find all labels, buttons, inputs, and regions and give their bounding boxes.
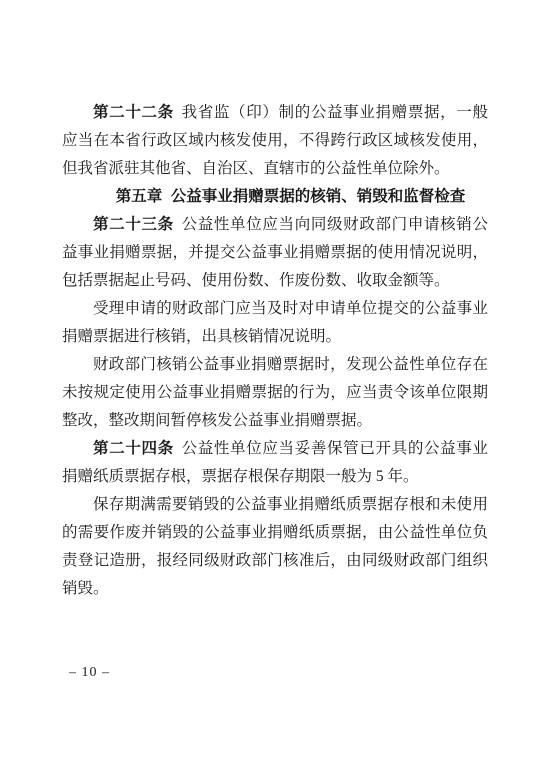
chapter-5-heading: 第五章公益事业捐赠票据的核销、销毁和监督检查 <box>62 183 488 211</box>
chapter-5-title: 公益事业捐赠票据的核销、销毁和监督检查 <box>171 188 466 205</box>
chapter-5-number: 第五章 <box>116 188 163 205</box>
article-23-number: 第二十三条 <box>93 216 174 233</box>
article-23-paragraph-2: 受理申请的财政部门应当及时对申请单位提交的公益事业捐赠票据进行核销，出具核销情况… <box>62 295 488 351</box>
document-page: 第二十二条我省监（印）制的公益事业捐赠票据，一般应当在本省行政区域内核发使用，不… <box>0 0 553 782</box>
article-22-number: 第二十二条 <box>93 104 174 121</box>
page-number: – 10 – <box>69 665 110 681</box>
article-22-paragraph: 第二十二条我省监（印）制的公益事业捐赠票据，一般应当在本省行政区域内核发使用，不… <box>62 99 488 183</box>
article-24-paragraph-2: 保存期满需要销毁的公益事业捐赠纸质票据存根和未使用的需要作废并销毁的公益事业捐赠… <box>62 491 488 603</box>
article-23-paragraph-3: 财政部门核销公益事业捐赠票据时，发现公益性单位存在未按规定使用公益事业捐赠票据的… <box>62 351 488 435</box>
document-body: 第二十二条我省监（印）制的公益事业捐赠票据，一般应当在本省行政区域内核发使用，不… <box>62 99 488 603</box>
article-23-paragraph: 第二十三条公益性单位应当向同级财政部门申请核销公益事业捐赠票据，并提交公益事业捐… <box>62 211 488 295</box>
article-24-number: 第二十四条 <box>93 440 174 457</box>
article-24-paragraph: 第二十四条公益性单位应当妥善保管已开具的公益事业捐赠纸质票据存根，票据存根保存期… <box>62 435 488 491</box>
